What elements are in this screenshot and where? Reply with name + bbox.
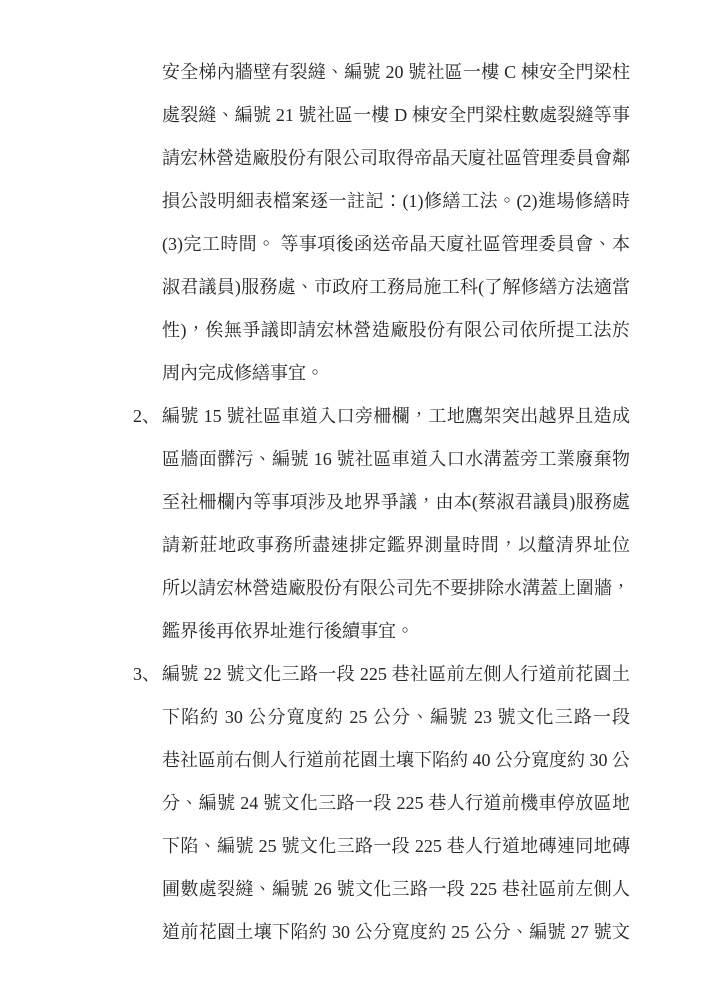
text-line: 安全梯內牆壁有裂縫、編號 20 號社區一樓 C 棟安全門梁柱數 xyxy=(162,51,630,94)
text-line: 巷社區前右側人行道前花園土壤下陷約 40 公分寬度約 30 公 xyxy=(162,739,630,782)
text-line: 編號 15 號社區車道入口旁柵欄，工地鷹架突出越界且造成社 xyxy=(162,395,630,438)
paragraph: 安全梯內牆壁有裂縫、編號 20 號社區一樓 C 棟安全門梁柱數處裂縫、編號 21… xyxy=(162,51,630,395)
text-line: 性)，俟無爭議即請宏林營造廠股份有限公司依所提工法於兩 xyxy=(162,309,630,352)
document-page: 安全梯內牆壁有裂縫、編號 20 號社區一樓 C 棟安全門梁柱數處裂縫、編號 21… xyxy=(0,0,707,1000)
paragraph: 3、編號 22 號文化三路一段 225 巷社區前左側人行道前花園土壤下陷約 30… xyxy=(162,653,630,954)
paragraph-number: 3、 xyxy=(133,653,160,696)
text-line: (3)完工時間。 等事項後函送帝晶天廈社區管理委員會、本(蔡 xyxy=(162,223,630,266)
text-line: 請新莊地政事務所盡速排定鑑界測量時間，以釐清界址位置， xyxy=(162,524,630,567)
text-line: 分、編號 24 號文化三路一段 225 巷人行道前機車停放區地面 xyxy=(162,782,630,825)
paragraph-number: 2、 xyxy=(133,395,160,438)
text-line: 周內完成修繕事宜。 xyxy=(162,352,630,395)
text-line: 下陷約 30 公分寬度約 25 公分、編號 23 號文化三路一段 225 xyxy=(162,696,630,739)
text-line: 處裂縫、編號 21 號社區一樓 D 棟安全門梁柱數處裂縫等事項 xyxy=(162,94,630,137)
document-text-block: 安全梯內牆壁有裂縫、編號 20 號社區一樓 C 棟安全門梁柱數處裂縫、編號 21… xyxy=(162,51,630,954)
text-line: 鑑界後再依界址進行後續事宜。 xyxy=(162,610,630,653)
text-line: 編號 22 號文化三路一段 225 巷社區前左側人行道前花園土壤 xyxy=(162,653,630,696)
text-line: 所以請宏林營造廠股份有限公司先不要排除水溝蓋上圍牆，俟 xyxy=(162,567,630,610)
text-line: 損公設明細表檔案逐一註記：(1)修繕工法。(2)進場修繕時間。 xyxy=(162,180,630,223)
text-line: 下陷、編號 25 號文化三路一段 225 巷人行道地磚連同地磚花 xyxy=(162,825,630,868)
paragraph: 2、編號 15 號社區車道入口旁柵欄，工地鷹架突出越界且造成社區牆面髒污、編號 … xyxy=(162,395,630,653)
text-line: 淑君議員)服務處、市政府工務局施工科(了解修繕方法適當 xyxy=(162,266,630,309)
text-line: 區牆面髒污、編號 16 號社區車道入口水溝蓋旁工業廢棄物掉 xyxy=(162,438,630,481)
text-line: 至社柵欄內等事項涉及地界爭議，由本(蔡淑君議員)服務處函 xyxy=(162,481,630,524)
text-line: 圃數處裂縫、編號 26 號文化三路一段 225 巷社區前左側人行 xyxy=(162,868,630,911)
text-line: 道前花園土壤下陷約 30 公分寬度約 25 公分、編號 27 號文化 xyxy=(162,911,630,954)
text-line: 請宏林營造廠股份有限公司取得帝晶天廈社區管理委員會鄰 xyxy=(162,137,630,180)
